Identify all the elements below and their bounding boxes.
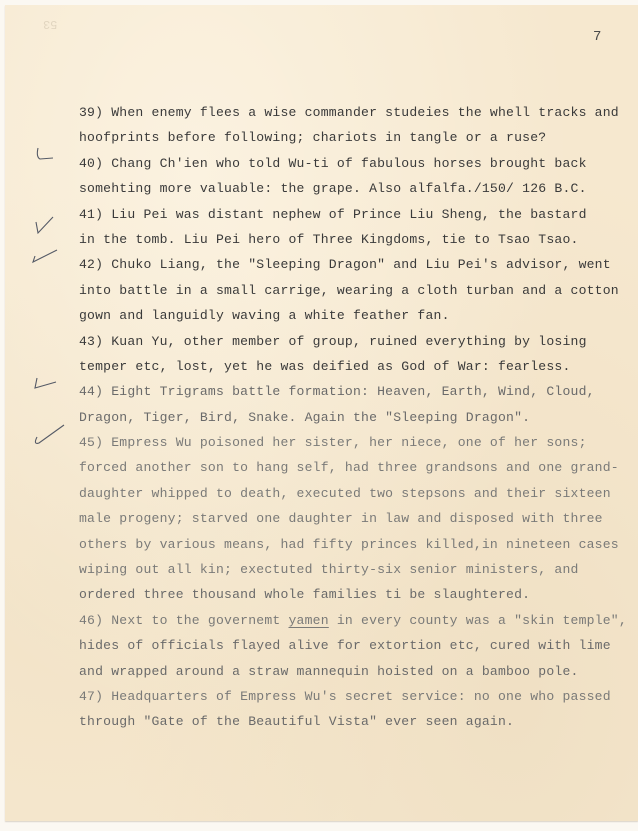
checkmark-icon: [32, 374, 58, 392]
text-line: hides of officials flayed alive for exto…: [79, 633, 609, 658]
text-line: through "Gate of the Beautiful Vista" ev…: [79, 709, 609, 734]
text-line: others by various means, had fifty princ…: [79, 532, 609, 557]
text-line: into battle in a small carrige, wearing …: [79, 278, 609, 303]
typewritten-page: 53 7 39) When enemy flees a wise command…: [5, 5, 638, 821]
text-line: 42) Chuko Liang, the "Sleeping Dragon" a…: [79, 252, 609, 277]
text-line: 43) Kuan Yu, other member of group, ruin…: [79, 329, 609, 354]
checkmark-icon: [30, 423, 66, 447]
text-line: forced another son to hang self, had thr…: [79, 455, 609, 480]
checkmark-icon: [29, 248, 59, 268]
text-line: wiping out all kin; exectuted thirty-six…: [79, 557, 609, 582]
bleed-through-page-number: 53: [43, 17, 57, 31]
text-line: hoofprints before following; chariots in…: [79, 125, 609, 150]
text-line: somehting more valuable: the grape. Also…: [79, 176, 609, 201]
text-segment: 46) Next to the governemt: [79, 613, 289, 628]
text-line: 40) Chang Ch'ien who told Wu-ti of fabul…: [79, 151, 609, 176]
text-line: gown and languidly waving a white feathe…: [79, 303, 609, 328]
typed-notes: 39) When enemy flees a wise commander st…: [79, 100, 609, 735]
text-line: Dragon, Tiger, Bird, Snake. Again the "S…: [79, 405, 609, 430]
checkmark-icon: [33, 213, 55, 235]
bracket-mark-icon: [35, 145, 55, 163]
text-line: 39) When enemy flees a wise commander st…: [79, 100, 609, 125]
text-line: temper etc, lost, yet he was deified as …: [79, 354, 609, 379]
text-segment: in every county was a "skin temple",: [329, 613, 627, 628]
text-line: 41) Liu Pei was distant nephew of Prince…: [79, 202, 609, 227]
text-line: and wrapped around a straw mannequin hoi…: [79, 659, 609, 684]
text-line: daughter whipped to death, executed two …: [79, 481, 609, 506]
text-line: male progeny; starved one daughter in la…: [79, 506, 609, 531]
text-line: 44) Eight Trigrams battle formation: Hea…: [79, 379, 609, 404]
text-line: ordered three thousand whole families ti…: [79, 582, 609, 607]
text-line: 45) Empress Wu poisoned her sister, her …: [79, 430, 609, 455]
text-line: in the tomb. Liu Pei hero of Three Kingd…: [79, 227, 609, 252]
text-line: 47) Headquarters of Empress Wu's secret …: [79, 684, 609, 709]
page-number: 7: [593, 29, 601, 45]
underlined-term: yamen: [289, 613, 329, 628]
text-line: 46) Next to the governemt yamen in every…: [79, 608, 609, 633]
